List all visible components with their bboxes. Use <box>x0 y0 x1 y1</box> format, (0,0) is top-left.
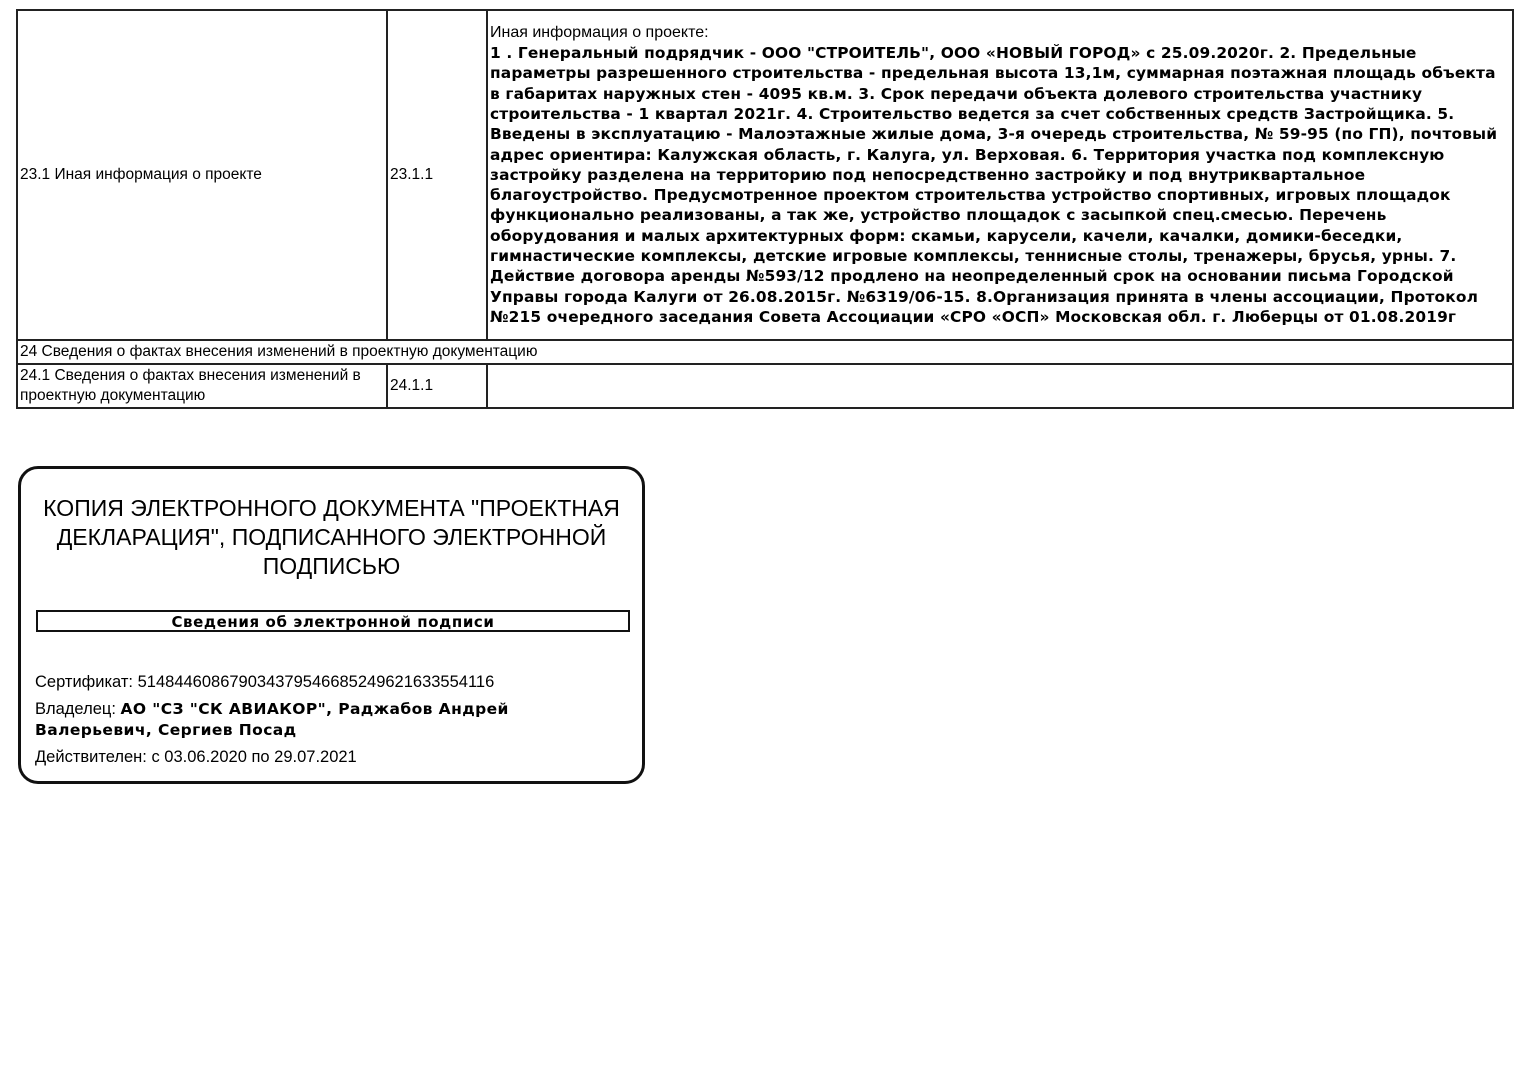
validity-line: Действителен: с 03.06.2020 по 29.07.2021 <box>35 747 357 767</box>
row-value <box>487 364 1513 408</box>
validity-label: Действителен: <box>35 748 147 766</box>
stamp-subtitle: Сведения об электронной подписи <box>36 610 630 632</box>
row-code: 24.1.1 <box>387 364 487 408</box>
row-value: Иная информация о проекте: 1 . Генеральн… <box>487 10 1513 340</box>
table-row: 23.1 Иная информация о проекте 23.1.1 Ин… <box>17 10 1513 340</box>
stamp-title: КОПИЯ ЭЛЕКТРОННОГО ДОКУМЕНТА "ПРОЕКТНАЯ … <box>21 494 642 581</box>
certificate-line: Сертификат: 5148446086790343795466852496… <box>35 672 494 692</box>
row-label: 23.1 Иная информация о проекте <box>17 10 387 340</box>
declaration-table: 23.1 Иная информация о проекте 23.1.1 Ин… <box>16 9 1514 409</box>
validity-value: с 03.06.2020 по 29.07.2021 <box>151 748 356 766</box>
table-row: 24.1 Сведения о фактах внесения изменени… <box>17 364 1513 408</box>
electronic-signature-stamp: КОПИЯ ЭЛЕКТРОННОГО ДОКУМЕНТА "ПРОЕКТНАЯ … <box>18 466 645 784</box>
certificate-label: Сертификат: <box>35 673 133 691</box>
row-label: 24.1 Сведения о фактах внесения изменени… <box>17 364 387 408</box>
owner-label: Владелец: <box>35 700 116 718</box>
certificate-value: 514844608679034379546685249621633554116 <box>138 673 495 691</box>
value-heading: Иная информация о проекте: <box>490 23 1510 43</box>
owner-line: Владелец: АО "СЗ "СК АВИАКОР", Раджабов … <box>35 699 595 741</box>
value-text: 1 . Генеральный подрядчик - ООО "СТРОИТЕ… <box>490 43 1510 327</box>
section-heading-row: 24 Сведения о фактах внесения изменений … <box>17 340 1513 364</box>
section-24-heading: 24 Сведения о фактах внесения изменений … <box>17 340 1513 364</box>
row-code: 23.1.1 <box>387 10 487 340</box>
